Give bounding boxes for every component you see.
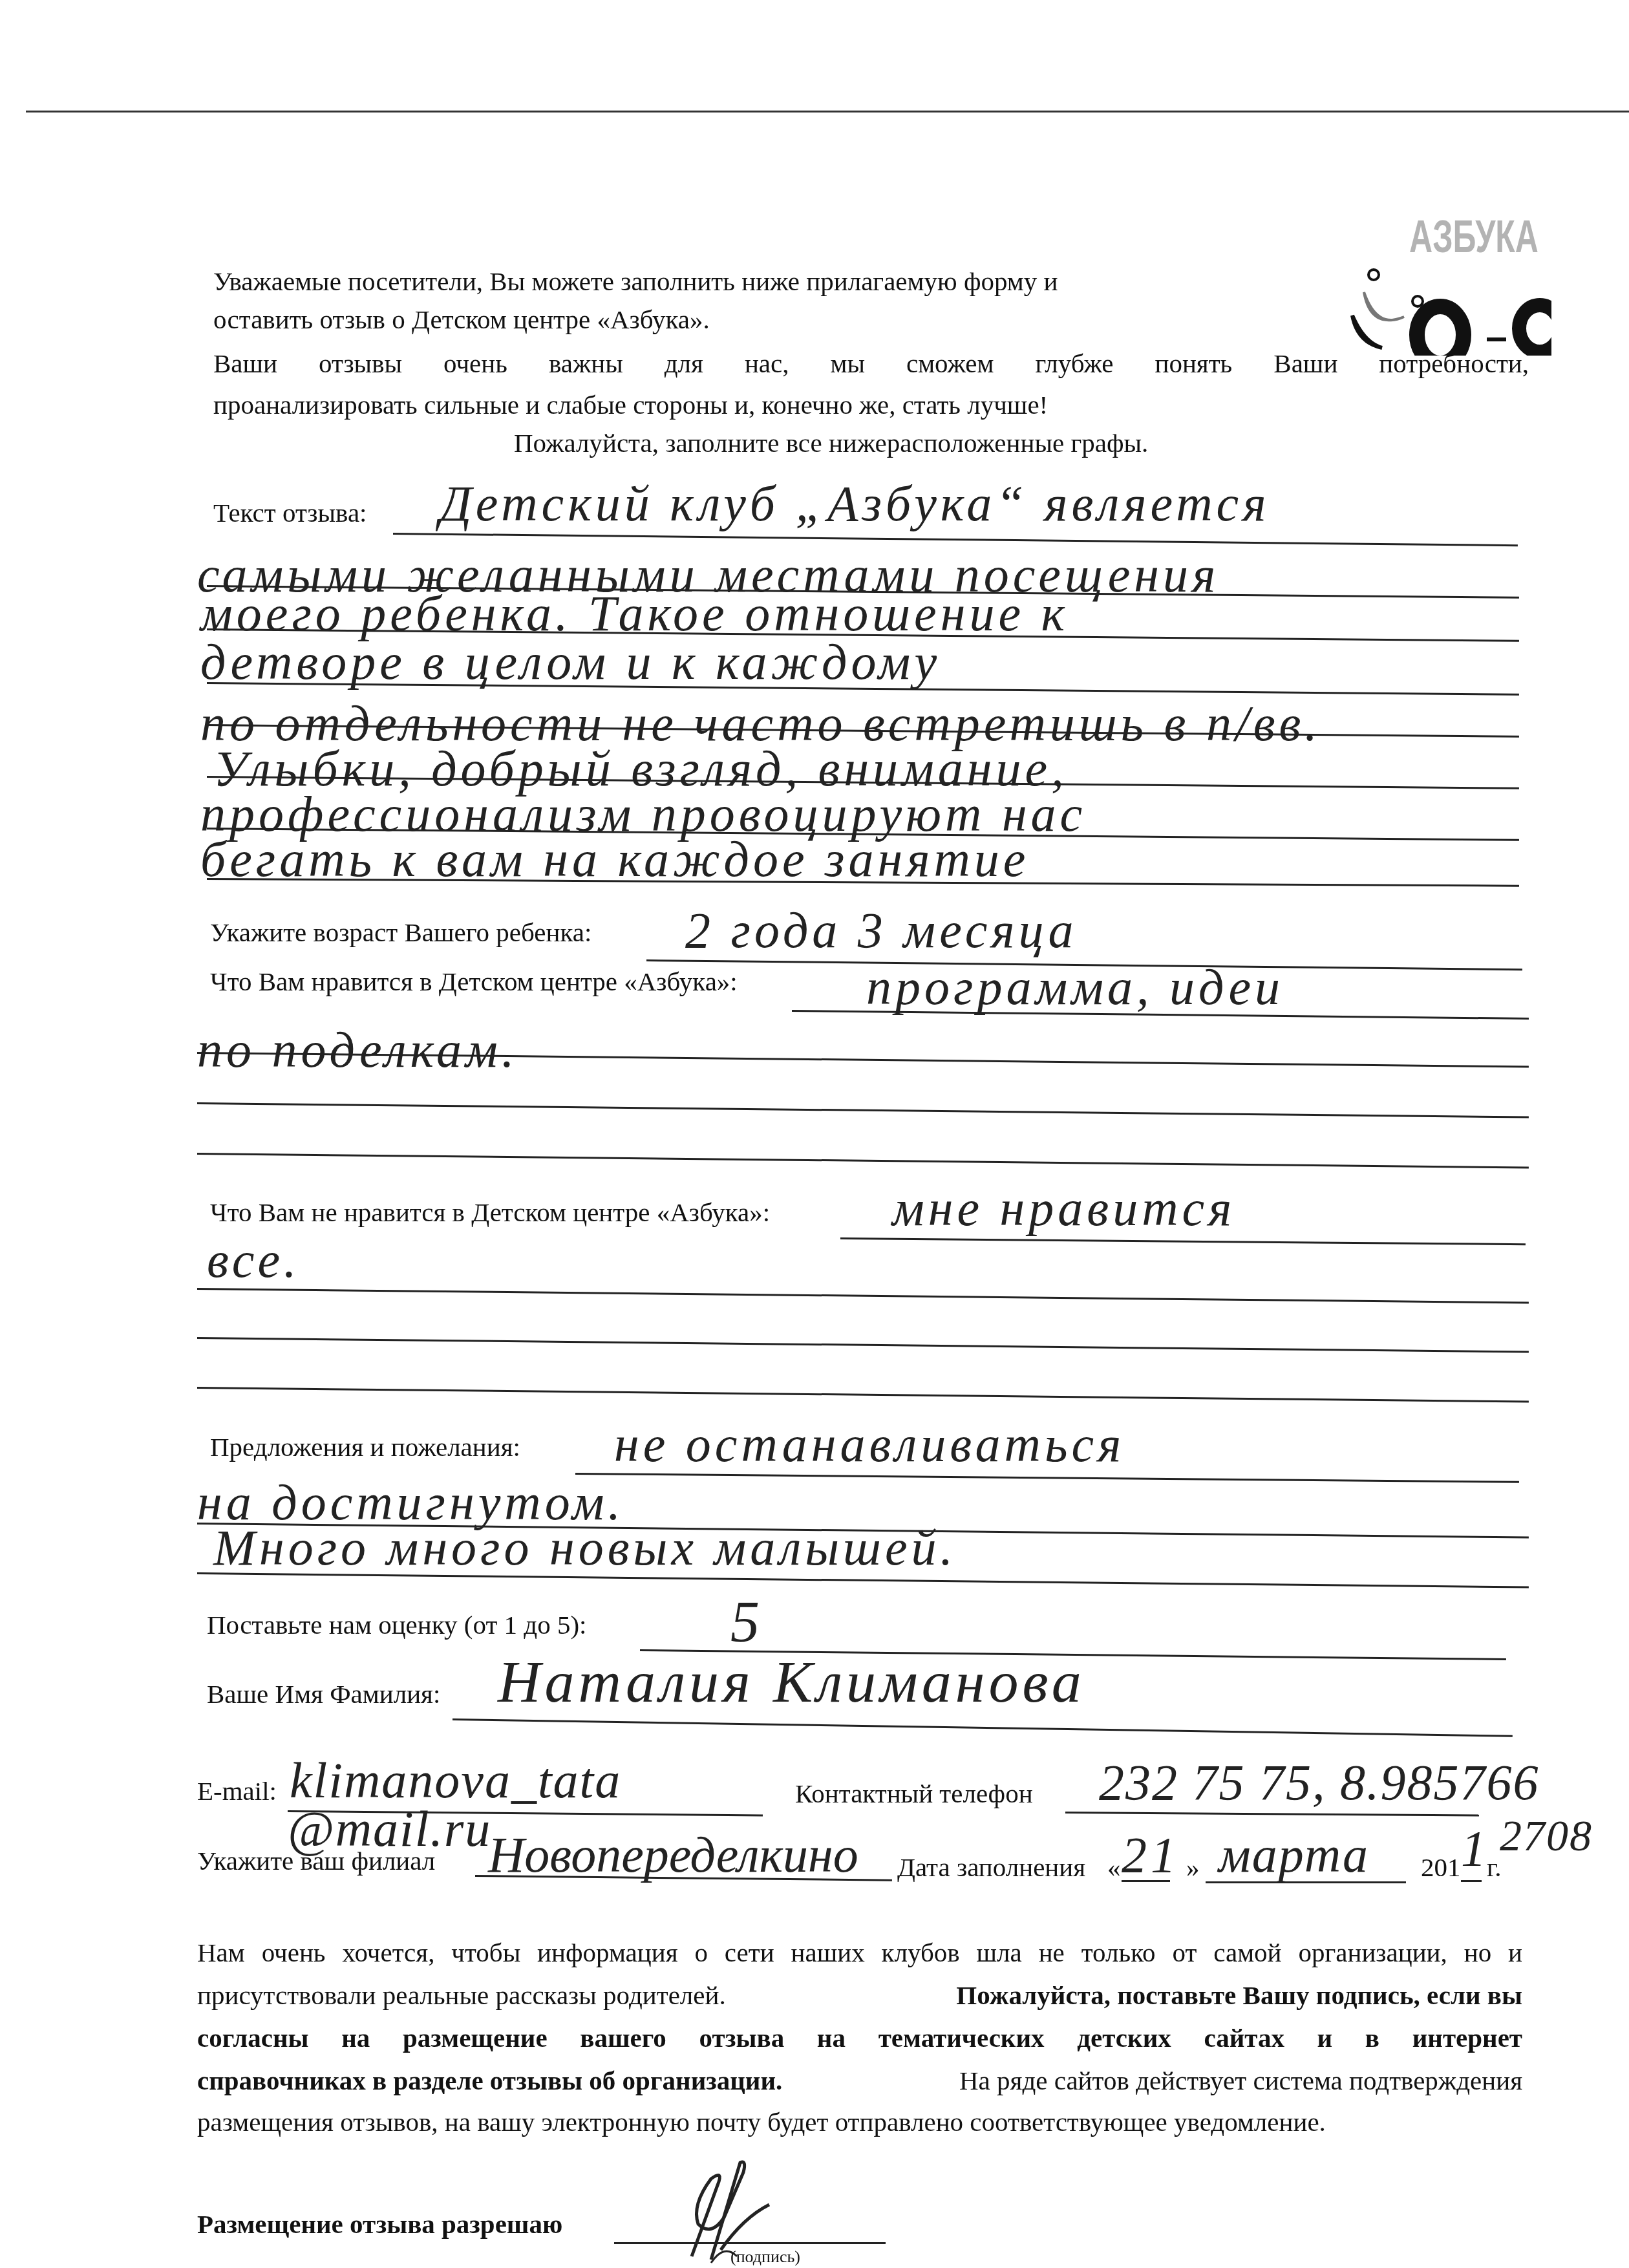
likes-field[interactable]: программа, идеи по поделкам. (194, 957, 1603, 1170)
date-day-rule (1122, 1880, 1170, 1882)
child-age-value: 2 года 3 месяца (685, 905, 1078, 956)
suggestions-line-3: Много много новых малышей. (213, 1523, 957, 1573)
review-rule-1 (393, 533, 1518, 546)
consent-line-4-normal: На ряде сайтов действует система подтвер… (959, 2068, 1522, 2094)
review-line-4: детворе в целом и к каждому (200, 637, 941, 687)
consent-line-3: согласны на размещение вашего отзыва на … (197, 2025, 1522, 2051)
email-value-line-1: klimanova_tata (290, 1755, 621, 1806)
dislikes-rule-1 (840, 1237, 1526, 1245)
consent-line-2-bold: Пожалуйста, поставьте Вашу подпись, если… (956, 1982, 1522, 2009)
phone-value-line-1: 232 75 75, 8.985766 (1099, 1757, 1540, 1808)
phone-label: Контактный телефон (795, 1781, 1033, 1807)
signature-field[interactable]: (подпись) (614, 2146, 924, 2268)
date-open-quote: « (1107, 1854, 1121, 1881)
suggestions-field[interactable]: не останавливаться на достигнутом. Много… (194, 1416, 1603, 1610)
child-age-label: Укажите возраст Вашего ребенка: (210, 919, 591, 946)
date-day-value: 21 (1122, 1830, 1180, 1880)
likes-line-2: по поделкам. (197, 1025, 518, 1075)
dislikes-rule-4 (197, 1387, 1529, 1403)
consent-line-2: присутствовали реальные рассказы родител… (197, 1982, 1522, 2009)
consent-line-5: размещения отзывов, на вашу электронную … (197, 2109, 1326, 2135)
date-year-field[interactable]: 1 (1461, 1823, 1487, 1881)
likes-rule-4 (197, 1153, 1529, 1169)
date-year-digit: 1 (1461, 1823, 1490, 1874)
suggestions-rule-1 (575, 1473, 1519, 1483)
consent-line-2-normal: присутствовали реальные рассказы родител… (197, 1982, 726, 2009)
consent-line-1: Нам очень хочется, чтобы информация о се… (197, 1940, 1522, 1966)
review-line-1: Детский клуб „Азбука“ является (440, 478, 1270, 529)
name-rule (452, 1718, 1513, 1737)
azbuka-car-face-logo-icon: АЗБУКА (1299, 187, 1551, 356)
review-text-field[interactable]: Детский клуб „Азбука“ является самыми же… (194, 465, 1603, 886)
dislikes-rule-3 (197, 1337, 1529, 1353)
date-month-value: марта (1219, 1830, 1369, 1880)
rating-label: Поставьте нам оценку (от 1 до 5): (207, 1612, 587, 1638)
intro-instruction: Пожалуйста, заполните все нижерасположен… (514, 430, 1148, 456)
top-border-rule (26, 111, 1629, 112)
email-label: E-mail: (197, 1778, 277, 1804)
intro-line-4: проанализировать сильные и слабые сторон… (213, 392, 1048, 418)
branch-field[interactable]: Новопеределкино (475, 1823, 902, 1894)
suggestions-line-1: не останавливаться (614, 1419, 1125, 1470)
signature-caption: (подпись) (730, 2249, 800, 2265)
phone-rule (1065, 1812, 1479, 1816)
date-month-field[interactable]: марта (1206, 1830, 1412, 1881)
date-year-suffix: г. (1487, 1854, 1501, 1881)
likes-rule-3 (197, 1102, 1529, 1118)
date-close-quote: » (1186, 1854, 1200, 1881)
dislikes-line-1: мне нравится (892, 1183, 1235, 1234)
intro-line-3: Ваши отзывы очень важны для нас, мы смож… (213, 350, 1529, 377)
name-label: Ваше Имя Фамилия: (207, 1681, 440, 1707)
date-month-rule (1206, 1881, 1406, 1883)
date-day-field[interactable]: 21 (1122, 1830, 1186, 1881)
consent-line-4: справочниках в разделе отзывы об организ… (197, 2068, 1522, 2094)
logo-brand-text: АЗБУКА (1409, 211, 1538, 262)
name-field[interactable]: Наталия Климанова (452, 1642, 1519, 1733)
dislikes-field[interactable]: мне нравится все. (194, 1183, 1603, 1403)
intro-line-1: Уважаемые посетители, Вы можете заполнит… (213, 268, 1058, 295)
dislikes-rule-2 (197, 1288, 1529, 1304)
date-year-prefix: 201 (1421, 1854, 1461, 1881)
likes-line-1: программа, идеи (866, 962, 1284, 1012)
signature-rule (614, 2242, 886, 2244)
branch-value: Новопеределкино (488, 1830, 858, 1880)
name-value: Наталия Климанова (498, 1652, 1085, 1711)
phone-value-line-2: 2708 (1500, 1813, 1593, 1857)
dislikes-line-2: все. (207, 1235, 301, 1285)
review-line-8: бегать к вам на каждое занятие (200, 834, 1029, 884)
intro-line-2: оставить отзыв о Детском центре «Азбука»… (213, 306, 710, 333)
signature-label: Размещение отзыва разрешаю (197, 2211, 562, 2238)
consent-line-4-bold: справочниках в разделе отзывы об организ… (197, 2068, 782, 2094)
date-year-rule (1461, 1880, 1482, 1882)
azbuka-logo: АЗБУКА (1299, 187, 1551, 356)
branch-label: Укажите ваш филиал (197, 1848, 435, 1874)
date-label: Дата заполнения (897, 1854, 1085, 1881)
child-age-field[interactable]: 2 года 3 месяца (646, 905, 1526, 963)
